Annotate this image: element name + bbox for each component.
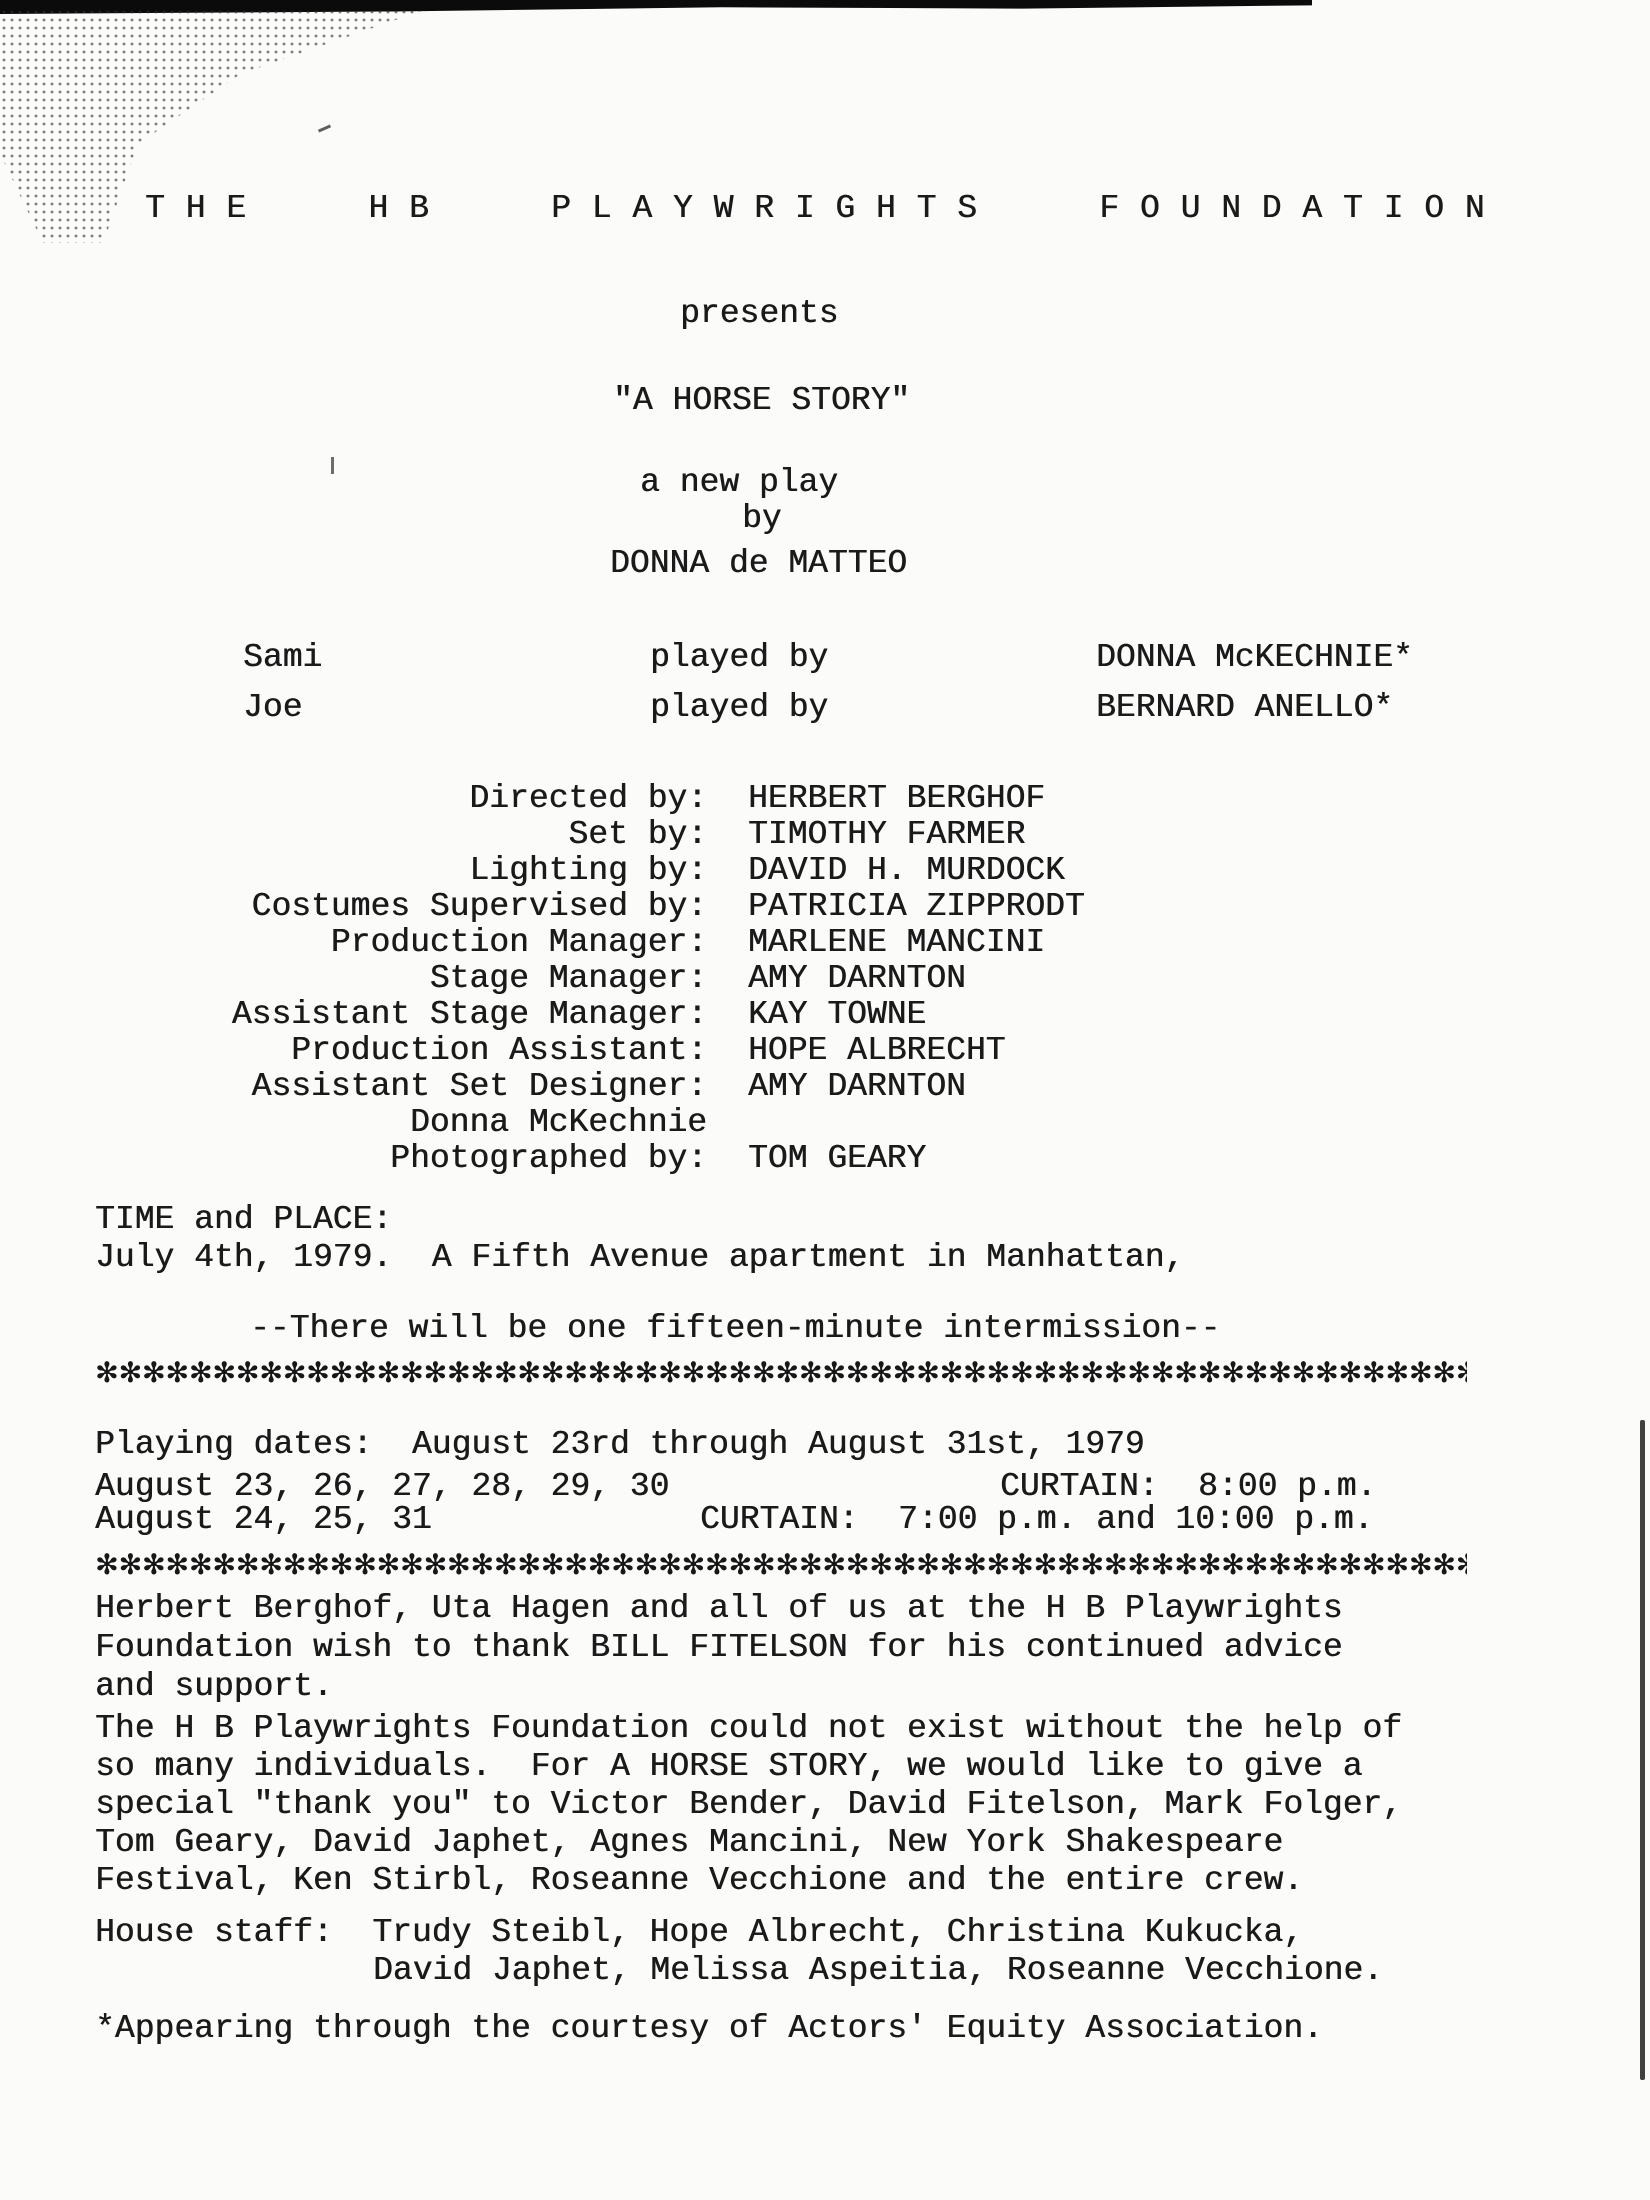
foundation-line: Festival, Ken Stirbl, Roseanne Vecchione… [95,1864,1303,1898]
scan-artifact-stray-mark [318,124,331,132]
cast-actor: DONNA McKECHNIE* [1096,641,1413,675]
time-place-heading: TIME and PLACE: [95,1203,392,1237]
credit-label: Assistant Set Designer: [0,1068,707,1105]
credit-label: Lighting by: [0,852,707,889]
credit-value: PATRICIA ZIPPRODT [748,888,1085,925]
playing-dates-line: Playing dates: August 23rd through Augus… [95,1428,1145,1462]
credit-label: Production Assistant: [0,1032,707,1069]
credit-value: HERBERT BERGHOF [748,780,1045,817]
cast-connector: played by [650,691,828,725]
credit-value: HOPE ALBRECHT [748,1032,1005,1069]
credit-label: Set by: [0,816,707,853]
asterisk-separator: ✻✻✻✻✻✻✻✻✻✻✻✻✻✻✻✻✻✻✻✻✻✻✻✻✻✻✻✻✻✻✻✻✻✻✻✻✻✻✻✻… [95,1550,1467,1584]
time-place-detail: July 4th, 1979. A Fifth Avenue apartment… [95,1241,1184,1275]
cast-connector: played by [650,641,828,675]
credit-value: AMY DARNTON [748,960,966,997]
subtitle-by: by [742,502,782,536]
foundation-line: The H B Playwrights Foundation could not… [95,1712,1402,1746]
credit-value: TIMOTHY FARMER [748,816,1025,853]
credit-label: Photographed by: [0,1140,707,1177]
credit-label: Costumes Supervised by: [0,888,707,925]
scan-artifact-right-edge [1640,1420,1645,2080]
cast-actor: BERNARD ANELLO* [1096,691,1393,725]
foundation-line: so many individuals. For A HORSE STORY, … [95,1750,1362,1784]
author-name: DONNA de MATTEO [610,547,907,581]
credit-value: KAY TOWNE [748,996,926,1033]
credit-value: DAVID H. MURDOCK [748,852,1065,889]
schedule-curtain: CURTAIN: 8:00 p.m. [1000,1470,1376,1504]
schedule-curtain: CURTAIN: 7:00 p.m. and 10:00 p.m. [700,1503,1373,1537]
intermission-note: --There will be one fifteen-minute inter… [250,1312,1220,1346]
schedule-dates: August 23, 26, 27, 28, 29, 30 [95,1470,669,1504]
schedule-dates: August 24, 25, 31 [95,1503,432,1537]
program-page: T H E H B P L A Y W R I G H T S F O U N … [0,0,1650,2200]
credit-label: Assistant Stage Manager: [0,996,707,1033]
equity-footnote: *Appearing through the courtesy of Actor… [95,2012,1323,2046]
cast-role: Joe [243,691,302,725]
credit-value: AMY DARNTON [748,1068,966,1105]
credit-label: Donna McKechnie [0,1104,707,1141]
credit-label: Stage Manager: [0,960,707,997]
presents-label: presents [680,297,838,331]
credit-value: MARLENE MANCINI [748,924,1045,961]
thanks-line: Foundation wish to thank BILL FITELSON f… [95,1631,1343,1665]
thanks-line: Herbert Berghof, Uta Hagen and all of us… [95,1592,1343,1626]
credit-value: TOM GEARY [748,1140,926,1177]
subtitle-new-play: a new play [640,466,838,500]
foundation-line: Tom Geary, David Japhet, Agnes Mancini, … [95,1826,1283,1860]
scan-artifact-stray-tick [331,457,334,474]
house-staff-line: David Japhet, Melissa Aspeitia, Roseanne… [373,1954,1383,1988]
credit-label: Production Manager: [0,924,707,961]
asterisk-separator: ✻✻✻✻✻✻✻✻✻✻✻✻✻✻✻✻✻✻✻✻✻✻✻✻✻✻✻✻✻✻✻✻✻✻✻✻✻✻✻✻… [95,1358,1467,1392]
credit-label: Directed by: [0,780,707,817]
house-staff-line: House staff: Trudy Steibl, Hope Albrecht… [95,1916,1303,1950]
cast-role: Sami [243,641,322,675]
thanks-line: and support. [95,1670,333,1704]
foundation-title: T H E H B P L A Y W R I G H T S F O U N … [145,192,1485,226]
foundation-line: special "thank you" to Victor Bender, Da… [95,1788,1402,1822]
play-title: "A HORSE STORY" [613,384,910,418]
